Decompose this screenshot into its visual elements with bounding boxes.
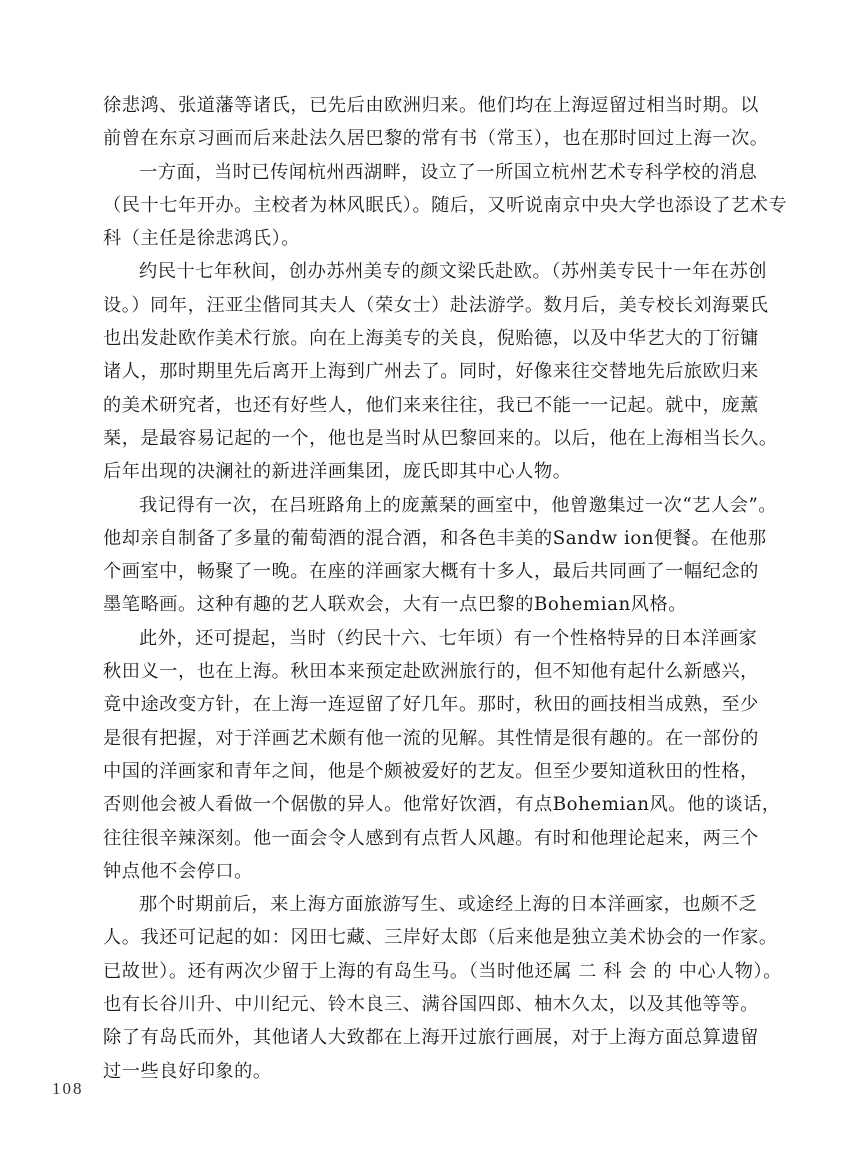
text-line: 琹，是最容易记起的一个，他也是当时从巴黎回来的。以后，他在上海相当长久。 bbox=[103, 422, 787, 455]
text-line: 是很有把握，对于洋画艺术颇有他一流的见解。其性情是很有趣的。在一部份的 bbox=[103, 722, 787, 755]
text-line: 前曾在东京习画而后来赴法久居巴黎的常有书（常玉），也在那时回过上海一次。 bbox=[103, 122, 787, 155]
body-text: 徐悲鸿、张道藩等诸氏，已先后由欧洲归来。他们均在上海逗留过相当时期。以前曾在东京… bbox=[103, 89, 787, 1088]
paragraph-first-line: 我记得有一次，在吕班路角上的庞薰琹的画室中，他曾邀集过一次“艺人会”。 bbox=[103, 489, 787, 522]
text-line: 后年出现的决澜社的新进洋画集团，庞氏即其中心人物。 bbox=[103, 455, 787, 488]
paragraph-first-line: 一方面，当时已传闻杭州西湖畔，设立了一所国立杭州艺术专科学校的消息 bbox=[103, 156, 787, 189]
text-line: 个画室中，畅聚了一晚。在座的洋画家大概有十多人，最后共同画了一幅纪念的 bbox=[103, 555, 787, 588]
paragraph-first-line: 那个时期前后，来上海方面旅游写生、或途经上海的日本洋画家，也颇不乏 bbox=[103, 888, 787, 921]
text-line: 除了有岛氏而外，其他诸人大致都在上海开过旅行画展，对于上海方面总算遗留 bbox=[103, 1021, 787, 1054]
text-line: 设。）同年，汪亚尘偕同其夫人（荣女士）赴法游学。数月后，美专校长刘海粟氏 bbox=[103, 289, 787, 322]
text-line: 否则他会被人看做一个倨傲的异人。他常好饮酒，有点Bohemian风。他的谈话， bbox=[103, 788, 787, 821]
text-line: 钟点他不会停口。 bbox=[103, 855, 787, 888]
text-line: 墨笔略画。这种有趣的艺人联欢会，大有一点巴黎的Bohemian风格。 bbox=[103, 588, 787, 621]
text-line: 往往很辛辣深刻。他一面会令人感到有点哲人风趣。有时和他理论起来，两三个 bbox=[103, 822, 787, 855]
text-line: 已故世）。还有两次少留于上海的有岛生马。（当时他还属 二 科 会 的 中心人物）… bbox=[103, 955, 787, 988]
text-line: 也有长谷川升、中川纪元、铃木良三、满谷国四郎、柚木久太，以及其他等等。 bbox=[103, 988, 787, 1021]
text-line: 竟中途改变方针，在上海一连逗留了好几年。那时，秋田的画技相当成熟，至少 bbox=[103, 688, 787, 721]
text-line: 科（主任是徐悲鸿氏）。 bbox=[103, 222, 787, 255]
text-line: 诸人，那时期里先后离开上海到广州去了。同时，好像来往交替地先后旅欧归来 bbox=[103, 355, 787, 388]
text-line: 也出发赴欧作美术行旅。向在上海美专的关良，倪贻德，以及中华艺大的丁衍镛 bbox=[103, 322, 787, 355]
text-line: 他却亲自制备了多量的葡萄酒的混合酒，和各色丰美的Sandw ion便餐。在他那 bbox=[103, 522, 787, 555]
text-line: 的美术研究者，也还有好些人，他们来来往往，我已不能一一记起。就中，庞薰 bbox=[103, 389, 787, 422]
text-line: 秋田义一，也在上海。秋田本来预定赴欧洲旅行的，但不知他有起什么新感兴， bbox=[103, 655, 787, 688]
text-line: 过一些良好印象的。 bbox=[103, 1055, 787, 1088]
text-line: （民十七年开办。主校者为林风眠氏）。随后，又听说南京中央大学也添设了艺术专 bbox=[103, 189, 787, 222]
paragraph-first-line: 约民十七年秋间，创办苏州美专的颜文梁氏赴欧。（苏州美专民十一年在苏创 bbox=[103, 255, 787, 288]
text-line: 人。我还可记起的如：冈田七藏、三岸好太郎（后来他是独立美术协会的一作家。 bbox=[103, 921, 787, 954]
book-page: 徐悲鸿、张道藩等诸氏，已先后由欧洲归来。他们均在上海逗留过相当时期。以前曾在东京… bbox=[0, 0, 860, 1153]
paragraph-first-line: 此外，还可提起，当时（约民十六、七年顷）有一个性格特异的日本洋画家 bbox=[103, 622, 787, 655]
page-number: 108 bbox=[52, 1079, 84, 1099]
text-line: 徐悲鸿、张道藩等诸氏，已先后由欧洲归来。他们均在上海逗留过相当时期。以 bbox=[103, 89, 787, 122]
text-line: 中国的洋画家和青年之间，他是个颇被爱好的艺友。但至少要知道秋田的性格， bbox=[103, 755, 787, 788]
